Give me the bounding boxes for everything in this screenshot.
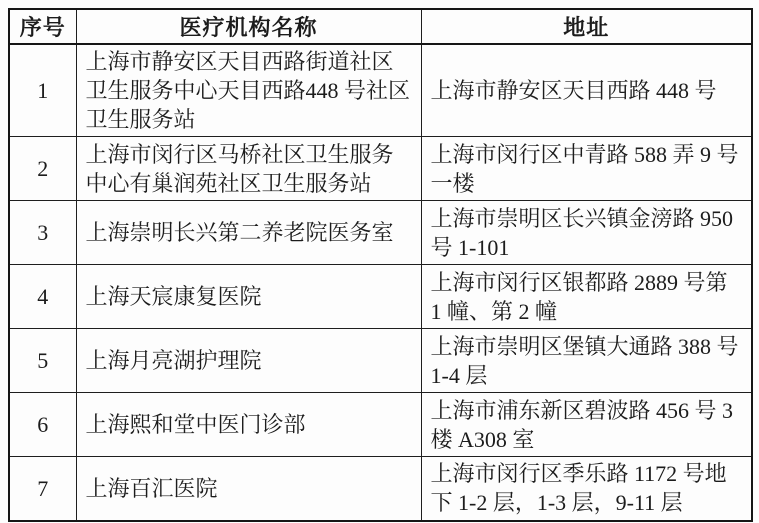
- medical-institutions-table: 序号 医疗机构名称 地址 1 上海市静安区天目西路街道社区卫生服务中心天目西路4…: [8, 8, 753, 522]
- institution-name-cell: 上海崇明长兴第二养老院医务室: [76, 201, 421, 265]
- table-row: 7 上海百汇医院 上海市闵行区季乐路 1172 号地下 1-2 层，1-3 层，…: [9, 457, 752, 521]
- table-row: 6 上海熙和堂中医门诊部 上海市浦东新区碧波路 456 号 3 楼 A308 室: [9, 393, 752, 457]
- address-cell: 上海市崇明区堡镇大通路 388 号 1-4 层: [421, 329, 752, 393]
- header-institution-name: 医疗机构名称: [76, 9, 421, 44]
- institution-name-cell: 上海月亮湖护理院: [76, 329, 421, 393]
- institution-name-cell: 上海市静安区天目西路街道社区卫生服务中心天目西路448 号社区卫生服务站: [76, 44, 421, 137]
- address-cell: 上海市闵行区银都路 2889 号第 1 幢、第 2 幢: [421, 265, 752, 329]
- row-index-cell: 1: [9, 44, 76, 137]
- address-cell: 上海市静安区天目西路 448 号: [421, 44, 752, 137]
- institution-name-cell: 上海天宸康复医院: [76, 265, 421, 329]
- table-header: 序号 医疗机构名称 地址: [9, 9, 752, 44]
- row-index-cell: 4: [9, 265, 76, 329]
- address-cell: 上海市浦东新区碧波路 456 号 3 楼 A308 室: [421, 393, 752, 457]
- document-page: 序号 医疗机构名称 地址 1 上海市静安区天目西路街道社区卫生服务中心天目西路4…: [0, 0, 759, 523]
- row-index-cell: 6: [9, 393, 76, 457]
- row-index-cell: 5: [9, 329, 76, 393]
- table-body: 1 上海市静安区天目西路街道社区卫生服务中心天目西路448 号社区卫生服务站 上…: [9, 44, 752, 521]
- institution-name-cell: 上海熙和堂中医门诊部: [76, 393, 421, 457]
- table-row: 3 上海崇明长兴第二养老院医务室 上海市崇明区长兴镇金滂路 950 号 1-10…: [9, 201, 752, 265]
- row-index-cell: 3: [9, 201, 76, 265]
- table-row: 5 上海月亮湖护理院 上海市崇明区堡镇大通路 388 号 1-4 层: [9, 329, 752, 393]
- table-row: 2 上海市闵行区马桥社区卫生服务中心有巢润苑社区卫生服务站 上海市闵行区中青路 …: [9, 137, 752, 201]
- header-row: 序号 医疗机构名称 地址: [9, 9, 752, 44]
- table-row: 1 上海市静安区天目西路街道社区卫生服务中心天目西路448 号社区卫生服务站 上…: [9, 44, 752, 137]
- address-cell: 上海市崇明区长兴镇金滂路 950 号 1-101: [421, 201, 752, 265]
- row-index-cell: 7: [9, 457, 76, 521]
- table-row: 4 上海天宸康复医院 上海市闵行区银都路 2889 号第 1 幢、第 2 幢: [9, 265, 752, 329]
- address-cell: 上海市闵行区中青路 588 弄 9 号一楼: [421, 137, 752, 201]
- row-index-cell: 2: [9, 137, 76, 201]
- institution-name-cell: 上海市闵行区马桥社区卫生服务中心有巢润苑社区卫生服务站: [76, 137, 421, 201]
- header-address: 地址: [421, 9, 752, 44]
- address-cell: 上海市闵行区季乐路 1172 号地下 1-2 层，1-3 层，9-11 层: [421, 457, 752, 521]
- header-index: 序号: [9, 9, 76, 44]
- institution-name-cell: 上海百汇医院: [76, 457, 421, 521]
